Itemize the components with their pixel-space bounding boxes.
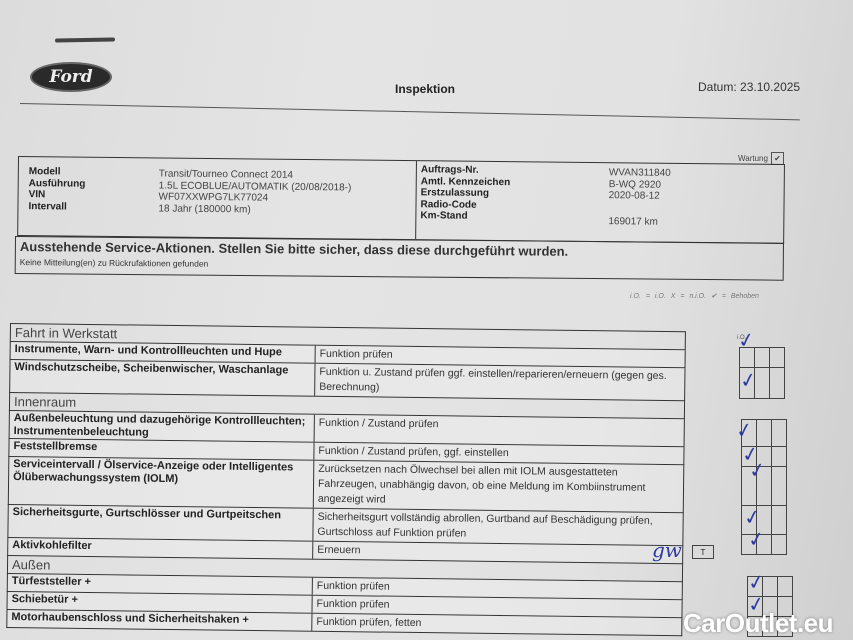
value-radio-code bbox=[608, 202, 670, 214]
pending-subtext: Keine Mitteilung(en) zu Rückrufaktionen … bbox=[20, 257, 209, 269]
item-name: Außenbeleuchtung und dazugehörige Kontro… bbox=[10, 411, 315, 442]
value-km-stand: 169017 km bbox=[608, 216, 670, 228]
t-box[interactable]: T bbox=[692, 545, 714, 559]
item-name: Motorhaubenschloss und Sicherheitshaken … bbox=[7, 610, 312, 631]
checkbox[interactable] bbox=[770, 348, 785, 368]
value-erstzulassung: 2020-08-12 bbox=[609, 190, 671, 202]
value-kennzeichen: B-WQ 2920 bbox=[609, 179, 671, 191]
vehicle-labels-left: Modell Ausführung VIN Intervall bbox=[28, 166, 85, 213]
wartung-label: Wartung bbox=[738, 154, 768, 163]
label-radio-code: Radio-Code bbox=[420, 199, 510, 211]
vehicle-info-box: Modell Ausführung VIN Intervall Transit/… bbox=[17, 156, 785, 244]
vehicle-values-right: WVAN311840 B-WQ 2920 2020-08-12 169017 k… bbox=[608, 167, 671, 228]
watermark: CarOutlet.eu bbox=[683, 608, 833, 639]
status-legend: i.O. = i.O. X = n.i.O. ✔ = Behoben bbox=[630, 292, 759, 300]
page-title: Inspektion bbox=[395, 82, 455, 96]
item-action: Zurücksetzen nach Ölwechsel bei allen mi… bbox=[314, 461, 684, 513]
date-label: Datum: bbox=[698, 80, 737, 94]
item-action: Funktion prüfen, fetten bbox=[312, 614, 681, 636]
item-action: Sicherheitsgurt vollständig abrollen, Gu… bbox=[313, 509, 682, 546]
checkbox[interactable] bbox=[772, 467, 787, 506]
label-kennzeichen: Amtl. Kennzeichen bbox=[421, 176, 511, 188]
label-erstzulassung: Erstzulassung bbox=[421, 187, 511, 199]
label-km-stand: Km-Stand bbox=[420, 210, 510, 222]
value-intervall: 18 Jahr (180000 km) bbox=[158, 203, 351, 217]
value-auftrags-nr: WVAN311840 bbox=[609, 167, 671, 179]
date-value: 23.10.2025 bbox=[740, 80, 800, 94]
label-modell: Modell bbox=[29, 166, 86, 178]
date: Datum: 23.10.2025 bbox=[698, 80, 800, 94]
item-action: Funktion u. Zustand prüfen ggf. einstell… bbox=[315, 364, 684, 401]
checkbox[interactable] bbox=[772, 447, 787, 467]
label-auftrags-nr: Auftrags-Nr. bbox=[421, 164, 511, 176]
item-action: Funktion / Zustand prüfen bbox=[315, 415, 684, 447]
checkbox[interactable] bbox=[778, 577, 793, 597]
checkbox[interactable] bbox=[772, 535, 787, 555]
item-name: Sicherheitsgurte, Gurtschlösser und Gurt… bbox=[8, 505, 313, 541]
label-intervall: Intervall bbox=[28, 201, 85, 213]
label-ausfuehrung: Ausführung bbox=[29, 178, 86, 190]
item-name: Serviceintervall / Ölservice-Anzeige ode… bbox=[9, 457, 315, 508]
checkbox[interactable] bbox=[772, 506, 787, 535]
checkbox[interactable] bbox=[757, 420, 772, 447]
handwritten-signature: gw bbox=[652, 538, 682, 562]
staple bbox=[55, 37, 115, 42]
header-divider bbox=[20, 103, 800, 120]
checkbox[interactable] bbox=[770, 368, 785, 399]
table-row: Serviceintervall / Ölservice-Anzeige ode… bbox=[8, 457, 685, 513]
checkbox[interactable] bbox=[772, 420, 787, 447]
inspection-checklist: Fahrt in Werkstatt Instrumente, Warn- un… bbox=[6, 323, 686, 636]
vehicle-labels-right: Auftrags-Nr. Amtl. Kennzeichen Erstzulas… bbox=[420, 164, 510, 222]
vehicle-values-left: Transit/Tourneo Connect 2014 1.5L ECOBLU… bbox=[158, 168, 351, 216]
pending-service-box: Ausstehende Service-Aktionen. Stellen Si… bbox=[15, 236, 784, 281]
item-name: Windschutzscheibe, Scheibenwischer, Wasc… bbox=[10, 360, 315, 396]
ford-logo: Ford bbox=[30, 62, 112, 92]
info-divider bbox=[415, 161, 417, 239]
check-mark-icon: ✓ bbox=[736, 327, 757, 355]
pending-heading: Ausstehende Service-Aktionen. Stellen Si… bbox=[20, 239, 568, 259]
label-vin: VIN bbox=[29, 189, 86, 201]
